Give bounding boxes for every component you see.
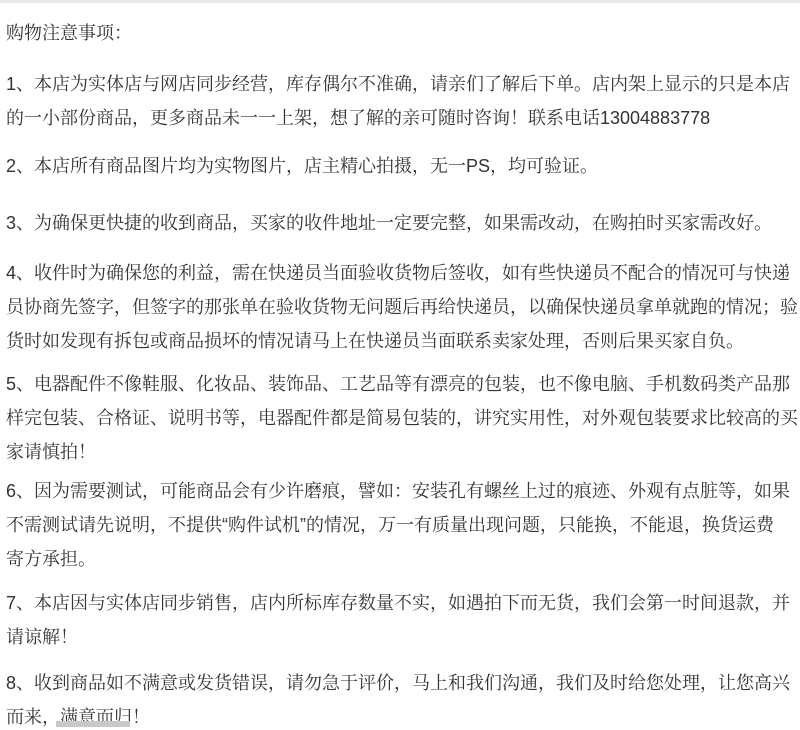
bottom-divider bbox=[56, 721, 130, 727]
text-line: 的一小部份商品，更多商品未一一上架，想了解的亲可随时咨询！联系电话1300488… bbox=[6, 101, 796, 135]
text-line: 请谅解！ bbox=[6, 620, 796, 654]
text-line: 3、为确保更快捷的收到商品，买家的收件地址一定要完整，如果需改动，在购拍时买家需… bbox=[6, 206, 796, 240]
text-line: 样完包装、合格证、说明书等，电器配件都是简易包装的，讲究实用性，对外观包装要求比… bbox=[6, 401, 796, 435]
notice-paragraph-6: 6、因为需要测试，可能商品会有少许磨痕，譬如：安装孔有螺丝上过的痕迹、外观有点脏… bbox=[6, 474, 796, 576]
notice-paragraph-4: 4、收件时为确保您的利益，需在快递员当面验收货物后签收，如有些快递员不配合的情况… bbox=[6, 256, 796, 358]
text-line: 5、电器配件不像鞋服、化妆品、装饰品、工艺品等有漂亮的包装，也不像电脑、手机数码… bbox=[6, 367, 796, 401]
shopping-notice-document: 购物注意事项： 1、本店为实体店与网店同步经营，库存偶尔不准确，请亲们了解后下单… bbox=[0, 0, 800, 730]
text-line: 6、因为需要测试，可能商品会有少许磨痕，譬如：安装孔有螺丝上过的痕迹、外观有点脏… bbox=[6, 474, 796, 508]
text-line: 7、本店因与实体店同步销售，店内所标库存数量不实，如遇拍下而无货，我们会第一时间… bbox=[6, 586, 796, 620]
text-line: 4、收件时为确保您的利益，需在快递员当面验收货物后签收，如有些快递员不配合的情况… bbox=[6, 256, 796, 290]
page-title: 购物注意事项： bbox=[6, 16, 796, 50]
notice-paragraph-2: 2、本店所有商品图片均为实物图片，店主精心拍摄，无一PS，均可验证。 bbox=[6, 149, 796, 183]
notice-paragraph-7: 7、本店因与实体店同步销售，店内所标库存数量不实，如遇拍下而无货，我们会第一时间… bbox=[6, 586, 796, 654]
text-line: 不需测试请先说明，不提供“购件试机”的情况，万一有质量出现问题，只能换，不能退，… bbox=[6, 508, 796, 542]
text-line: 货时如发现有拆包或商品损坏的情况请马上在快递员当面联系卖家处理，否则后果买家自负… bbox=[6, 324, 796, 358]
text-line: 8、收到商品如不满意或发货错误，请勿急于评价，马上和我们沟通，我们及时给您处理，… bbox=[6, 666, 796, 700]
notice-paragraph-5: 5、电器配件不像鞋服、化妆品、装饰品、工艺品等有漂亮的包装，也不像电脑、手机数码… bbox=[6, 367, 796, 469]
text-line: 2、本店所有商品图片均为实物图片，店主精心拍摄，无一PS，均可验证。 bbox=[6, 149, 796, 183]
text-line: 寄方承担。 bbox=[6, 542, 796, 576]
text-line: 员协商先签字，但签字的那张单在验收货物无问题后再给快递员，以确保快递员拿单就跑的… bbox=[6, 290, 796, 324]
notice-paragraph-1: 1、本店为实体店与网店同步经营，库存偶尔不准确，请亲们了解后下单。店内架上显示的… bbox=[6, 67, 796, 135]
text-line: 1、本店为实体店与网店同步经营，库存偶尔不准确，请亲们了解后下单。店内架上显示的… bbox=[6, 67, 796, 101]
notice-paragraph-3: 3、为确保更快捷的收到商品，买家的收件地址一定要完整，如果需改动，在购拍时买家需… bbox=[6, 206, 796, 240]
text-line: 家请慎拍！ bbox=[6, 435, 796, 469]
